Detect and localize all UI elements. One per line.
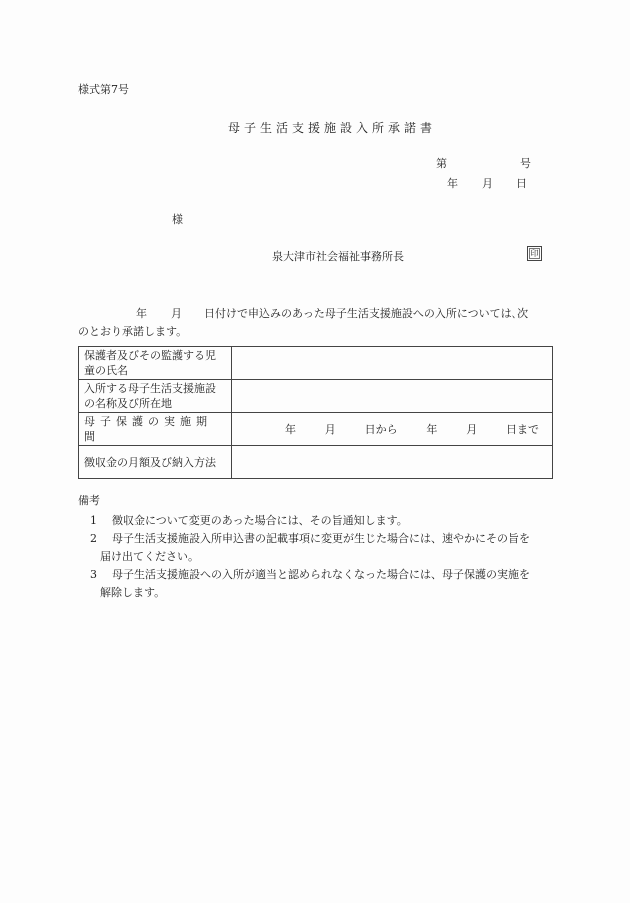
info-table: 保護者及びその監護する児童の氏名 入所する母子生活支援施設の名称及び所在地 母子… bbox=[78, 346, 553, 479]
note-text: 徴収金について変更のあった場合には、その旨通知します。 bbox=[112, 514, 408, 527]
table-row: 徴収金の月額及び納入方法 bbox=[79, 446, 553, 479]
note-item: 2母子生活支援施設入所申込書の記載事項に変更が生じた場合には、速やかにその旨を bbox=[86, 530, 530, 546]
label-period: 母子保護の実施期間 bbox=[79, 413, 232, 446]
label-facility: 入所する母子生活支援施設の名称及び所在地 bbox=[79, 380, 232, 413]
body-line-2: のとおり承諾します。 bbox=[78, 323, 187, 339]
notes-heading: 備考 bbox=[78, 492, 100, 508]
note-item: 1徴収金について変更のあった場合には、その旨通知します。 bbox=[86, 512, 408, 528]
period-to-month: 月 bbox=[466, 422, 477, 437]
reference-suffix: 号 bbox=[520, 155, 531, 171]
field-fee[interactable] bbox=[232, 446, 553, 479]
body-text: 日付けで申込みのあった母子生活支援施設への入所については､次 bbox=[204, 307, 528, 320]
seal-label: 印 bbox=[529, 248, 540, 259]
reference-prefix: 第 bbox=[436, 155, 447, 171]
body-year: 年 bbox=[136, 307, 147, 320]
table-row: 保護者及びその監護する児童の氏名 bbox=[79, 347, 553, 380]
field-period[interactable]: 年 月 日から 年 月 日まで bbox=[232, 413, 553, 446]
period-from-year: 年 bbox=[285, 422, 296, 437]
note-continuation: 解除します。 bbox=[100, 584, 165, 600]
period-from-month: 月 bbox=[325, 422, 336, 437]
period-to-day: 日まで bbox=[506, 422, 539, 437]
note-number: 3 bbox=[86, 568, 112, 581]
note-number: 1 bbox=[86, 514, 112, 527]
note-continuation: 届け出てください。 bbox=[100, 548, 199, 564]
form-number: 様式第7号 bbox=[78, 81, 129, 97]
period-from-day: 日から bbox=[365, 422, 398, 437]
issuer-name: 泉大津市社会福祉事務所長 bbox=[272, 248, 404, 264]
date-day-label: 日 bbox=[516, 175, 527, 191]
note-text: 母子生活支援施設への入所が適当と認められなくなった場合には、母子保護の実施を bbox=[112, 568, 530, 581]
label-fee: 徴収金の月額及び納入方法 bbox=[79, 446, 232, 479]
field-facility[interactable] bbox=[232, 380, 553, 413]
date-year-label: 年 bbox=[447, 175, 458, 191]
label-guardian-names: 保護者及びその監護する児童の氏名 bbox=[79, 347, 232, 380]
table-row: 母子保護の実施期間 年 月 日から 年 月 日まで bbox=[79, 413, 553, 446]
document-title: 母子生活支援施設入所承諾書 bbox=[228, 119, 436, 136]
body-month: 月 bbox=[171, 307, 182, 320]
seal-stamp-icon: 印 bbox=[527, 246, 542, 261]
period-to-year: 年 bbox=[426, 422, 437, 437]
date-month-label: 月 bbox=[482, 175, 493, 191]
table-row: 入所する母子生活支援施設の名称及び所在地 bbox=[79, 380, 553, 413]
addressee-suffix: 様 bbox=[172, 211, 183, 227]
note-number: 2 bbox=[86, 532, 112, 545]
field-guardian-names[interactable] bbox=[232, 347, 553, 380]
note-item: 3母子生活支援施設への入所が適当と認められなくなった場合には、母子保護の実施を bbox=[86, 566, 530, 582]
note-text: 母子生活支援施設入所申込書の記載事項に変更が生じた場合には、速やかにその旨を bbox=[112, 532, 530, 545]
body-line-1: 年月日付けで申込みのあった母子生活支援施設への入所については､次 bbox=[78, 305, 528, 321]
